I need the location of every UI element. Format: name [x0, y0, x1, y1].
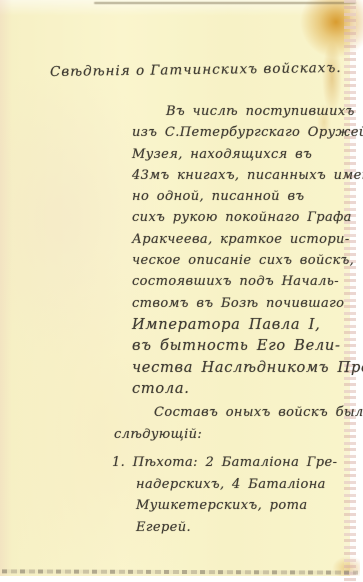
manuscript-line: стола. — [112, 378, 360, 399]
manuscript-line: 1. Пѣхота: 2 Баталіона Гре- — [112, 452, 360, 474]
manuscript-line: въ бытность Его Вели- — [112, 335, 360, 356]
manuscript-line: сихъ рукою покойнаго Графа — [112, 207, 360, 228]
manuscript-line: Егерей. — [112, 517, 360, 539]
manuscript-line: чества Наслѣдникомъ Пре- — [112, 357, 360, 378]
manuscript-line: надерскихъ, 4 Баталіона — [112, 474, 360, 496]
manuscript-line: изъ С.Петербургскаго Оружейнаго — [112, 122, 360, 143]
manuscript-line: 43мъ книгахъ, писанныхъ имен- — [112, 165, 360, 186]
manuscript-line: ствомъ въ Бозѣ почившаго — [112, 293, 360, 314]
manuscript-line: Мушкетерскихъ, рота — [112, 495, 360, 517]
paragraph-1: Въ числѣ поступившихъ изъ С.Петербургска… — [112, 101, 360, 399]
manuscript-line: но одной, писанной въ — [112, 186, 360, 207]
manuscript-line: слѣдующій: — [112, 424, 360, 446]
manuscript-line: состоявшихъ подъ Началь- — [112, 271, 360, 292]
numbered-item-1: 1. Пѣхота: 2 Баталіона Гре- надерскихъ, … — [112, 452, 360, 538]
manuscript-line: Аракчеева, краткое истори- — [112, 229, 360, 250]
paper-top-edge — [94, 2, 356, 4]
manuscript-scan: Свѣдѣнія о Гатчинскихъ войскахъ. Въ числ… — [0, 0, 363, 582]
manuscript-line-emperor: Императора Павла I, — [112, 314, 360, 335]
manuscript-line: ческое описаніе сихъ войскъ, — [112, 250, 360, 271]
manuscript-line: Составъ оныхъ войскъ былъ — [112, 402, 360, 424]
manuscript-line: Музея, находящихся въ — [112, 144, 360, 165]
manuscript-line: Въ числѣ поступившихъ — [112, 101, 360, 122]
paragraph-2: Составъ оныхъ войскъ былъ слѣдующій: — [112, 402, 360, 445]
